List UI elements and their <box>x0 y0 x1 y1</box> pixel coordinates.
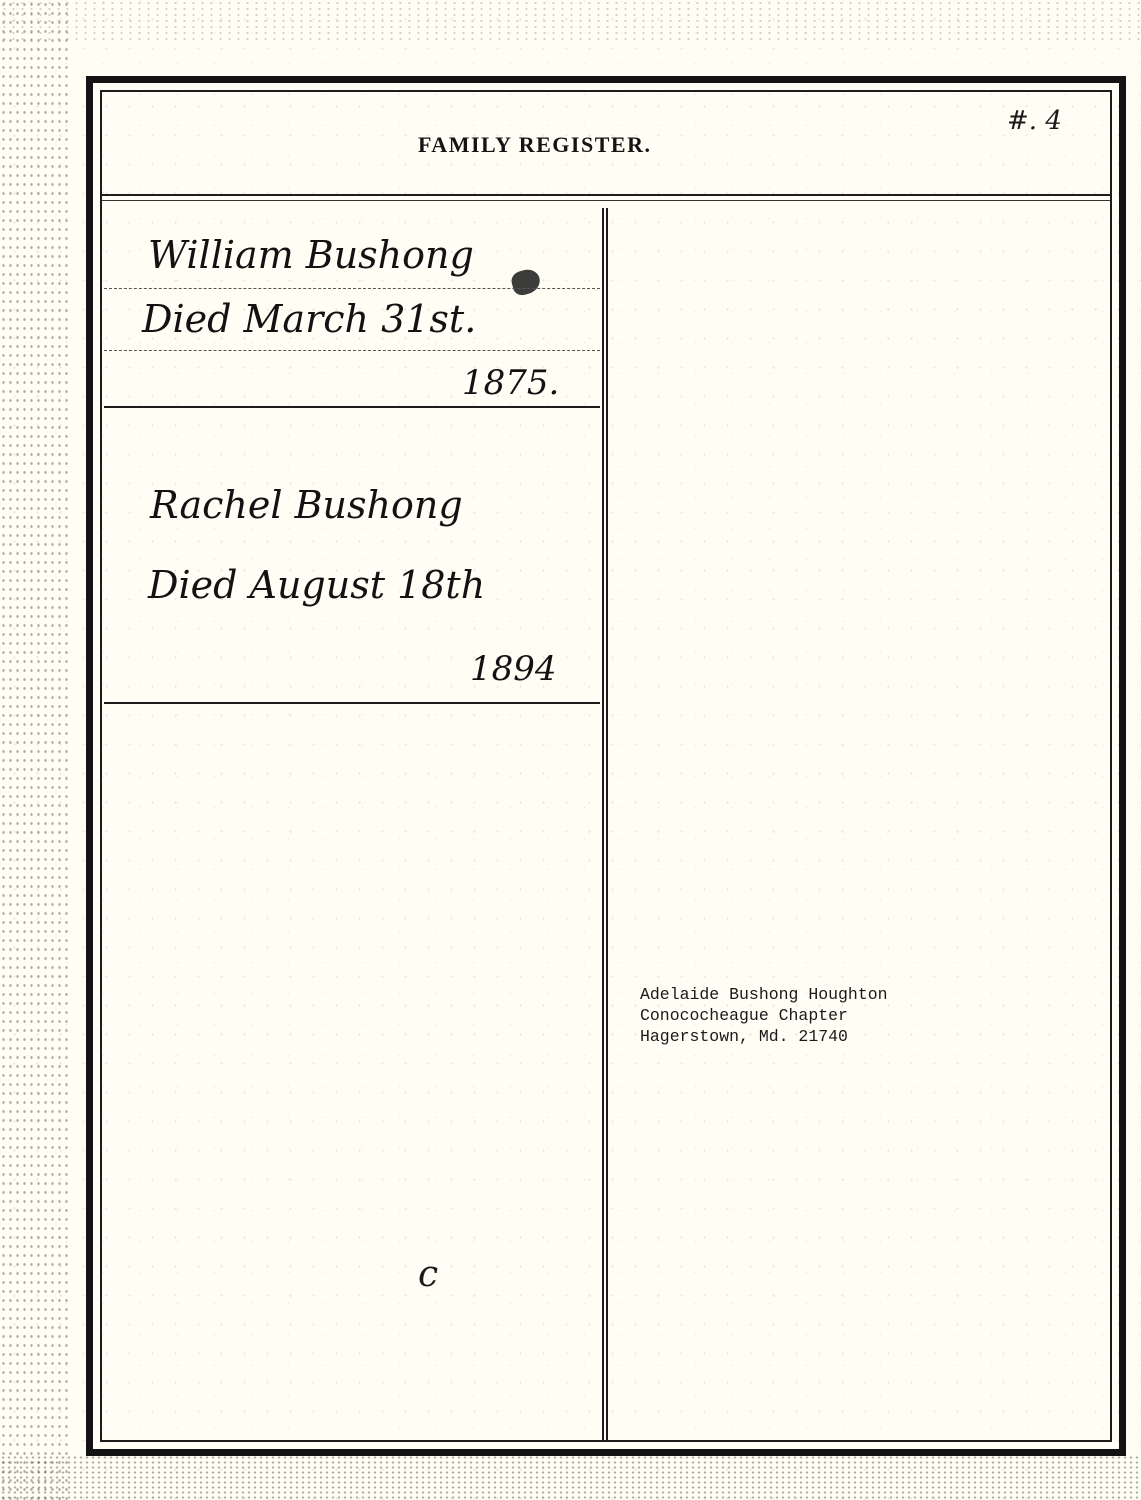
handwritten-mark: c <box>418 1254 438 1295</box>
entry-death-year: 1894 <box>470 652 557 686</box>
scan-edge-top <box>0 0 1141 40</box>
writing-line <box>104 350 600 351</box>
writing-line <box>104 288 600 289</box>
entry-separator <box>104 406 600 408</box>
column-divider <box>602 208 608 1440</box>
typed-line-name: Adelaide Bushong Houghton <box>640 984 888 1005</box>
header-divider <box>102 194 1110 196</box>
entry-name: Rachel Bushong <box>150 486 463 524</box>
scan-edge-left <box>0 0 70 1500</box>
entry-name: William Bushong <box>148 236 474 274</box>
scan-edge-bottom <box>0 1455 1141 1500</box>
entry-death-year: 1875. <box>462 366 559 400</box>
typed-line-location: Hagerstown, Md. 21740 <box>640 1026 888 1047</box>
header-divider-secondary <box>102 200 1110 201</box>
entry-death-date: Died March 31st. <box>142 300 476 338</box>
entry-separator <box>104 702 600 704</box>
register-header: FAMILY REGISTER. #. 4 <box>102 92 1110 196</box>
page-number: #. 4 <box>1007 106 1062 136</box>
entry-death-date: Died August 18th <box>148 566 485 604</box>
page-title: FAMILY REGISTER. <box>418 132 651 158</box>
typed-line-chapter: Conococheague Chapter <box>640 1005 888 1026</box>
typed-attribution: Adelaide Bushong Houghton Conococheague … <box>640 984 888 1047</box>
